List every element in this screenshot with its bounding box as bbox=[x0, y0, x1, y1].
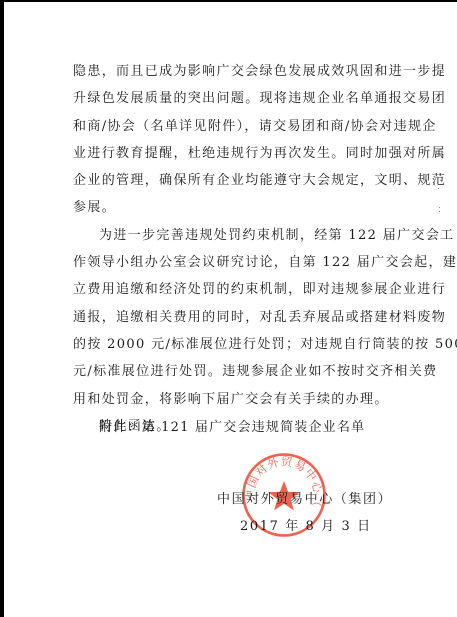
signature-organization: 中国对外贸易中心（集团） bbox=[217, 486, 392, 513]
text-line: 和商/协会（名单详见附件），请交易团和商/协会对违规企 bbox=[73, 113, 391, 140]
text-line: 企业的管理，确保所有企业均能遵守大会规定，文明、规范 bbox=[73, 167, 391, 194]
paragraph-2: 为进一步完善违规处罚约束机制，经第 122 届广交会工 作领导小组办公室会议研究… bbox=[73, 222, 391, 413]
text-line: 隐患，而且已成为影响广交会绿色发展成效巩固和进一步提 bbox=[73, 58, 391, 85]
text-line: 用和处罚金，将影响下届广交会有关手续的办理。 bbox=[73, 386, 391, 413]
text-line: 升绿色发展质量的突出问题。现将违规企业名单通报交易团 bbox=[73, 85, 391, 112]
document-body: 隐患，而且已成为影响广交会绿色发展成效巩固和进一步提 升绿色发展质量的突出问题。… bbox=[73, 58, 391, 440]
text-line: 立费用追缴和经济处罚的约束机制，即对违规参展企业进行 bbox=[73, 276, 391, 303]
scan-speck bbox=[439, 211, 440, 212]
scan-border-left bbox=[0, 0, 4, 617]
scan-speck bbox=[438, 188, 439, 189]
paragraph-1: 隐患，而且已成为影响广交会绿色发展成效巩固和进一步提 升绿色发展质量的突出问题。… bbox=[73, 58, 391, 222]
text-line: 通报，追缴相关费用的同时，对乱丢弃展品或搭建材料废物 bbox=[73, 304, 391, 331]
attachment-note: 附件：第 121 届广交会违规简装企业名单 bbox=[99, 416, 365, 435]
text-line: 元/标准展位进行处罚。违规参展企业如不按时交齐相关费 bbox=[73, 358, 391, 385]
signature-date: 2017 年 8 月 3 日 bbox=[240, 513, 372, 540]
text-line: 的按 2000 元/标准展位进行处罚；对违规自行筒装的按 500 bbox=[73, 331, 391, 358]
text-line: 参展。 bbox=[73, 194, 391, 221]
text-line: 业进行教育提醒，杜绝违规行为再次发生。同时加强对所属 bbox=[73, 140, 391, 167]
scan-border-top bbox=[0, 0, 457, 2]
text-line: 为进一步完善违规处罚约束机制，经第 122 届广交会工 bbox=[73, 222, 391, 249]
text-line: 作领导小组办公室会议研究讨论，自第 122 届广交会起，建 bbox=[73, 249, 391, 276]
scan-speck bbox=[439, 207, 440, 208]
